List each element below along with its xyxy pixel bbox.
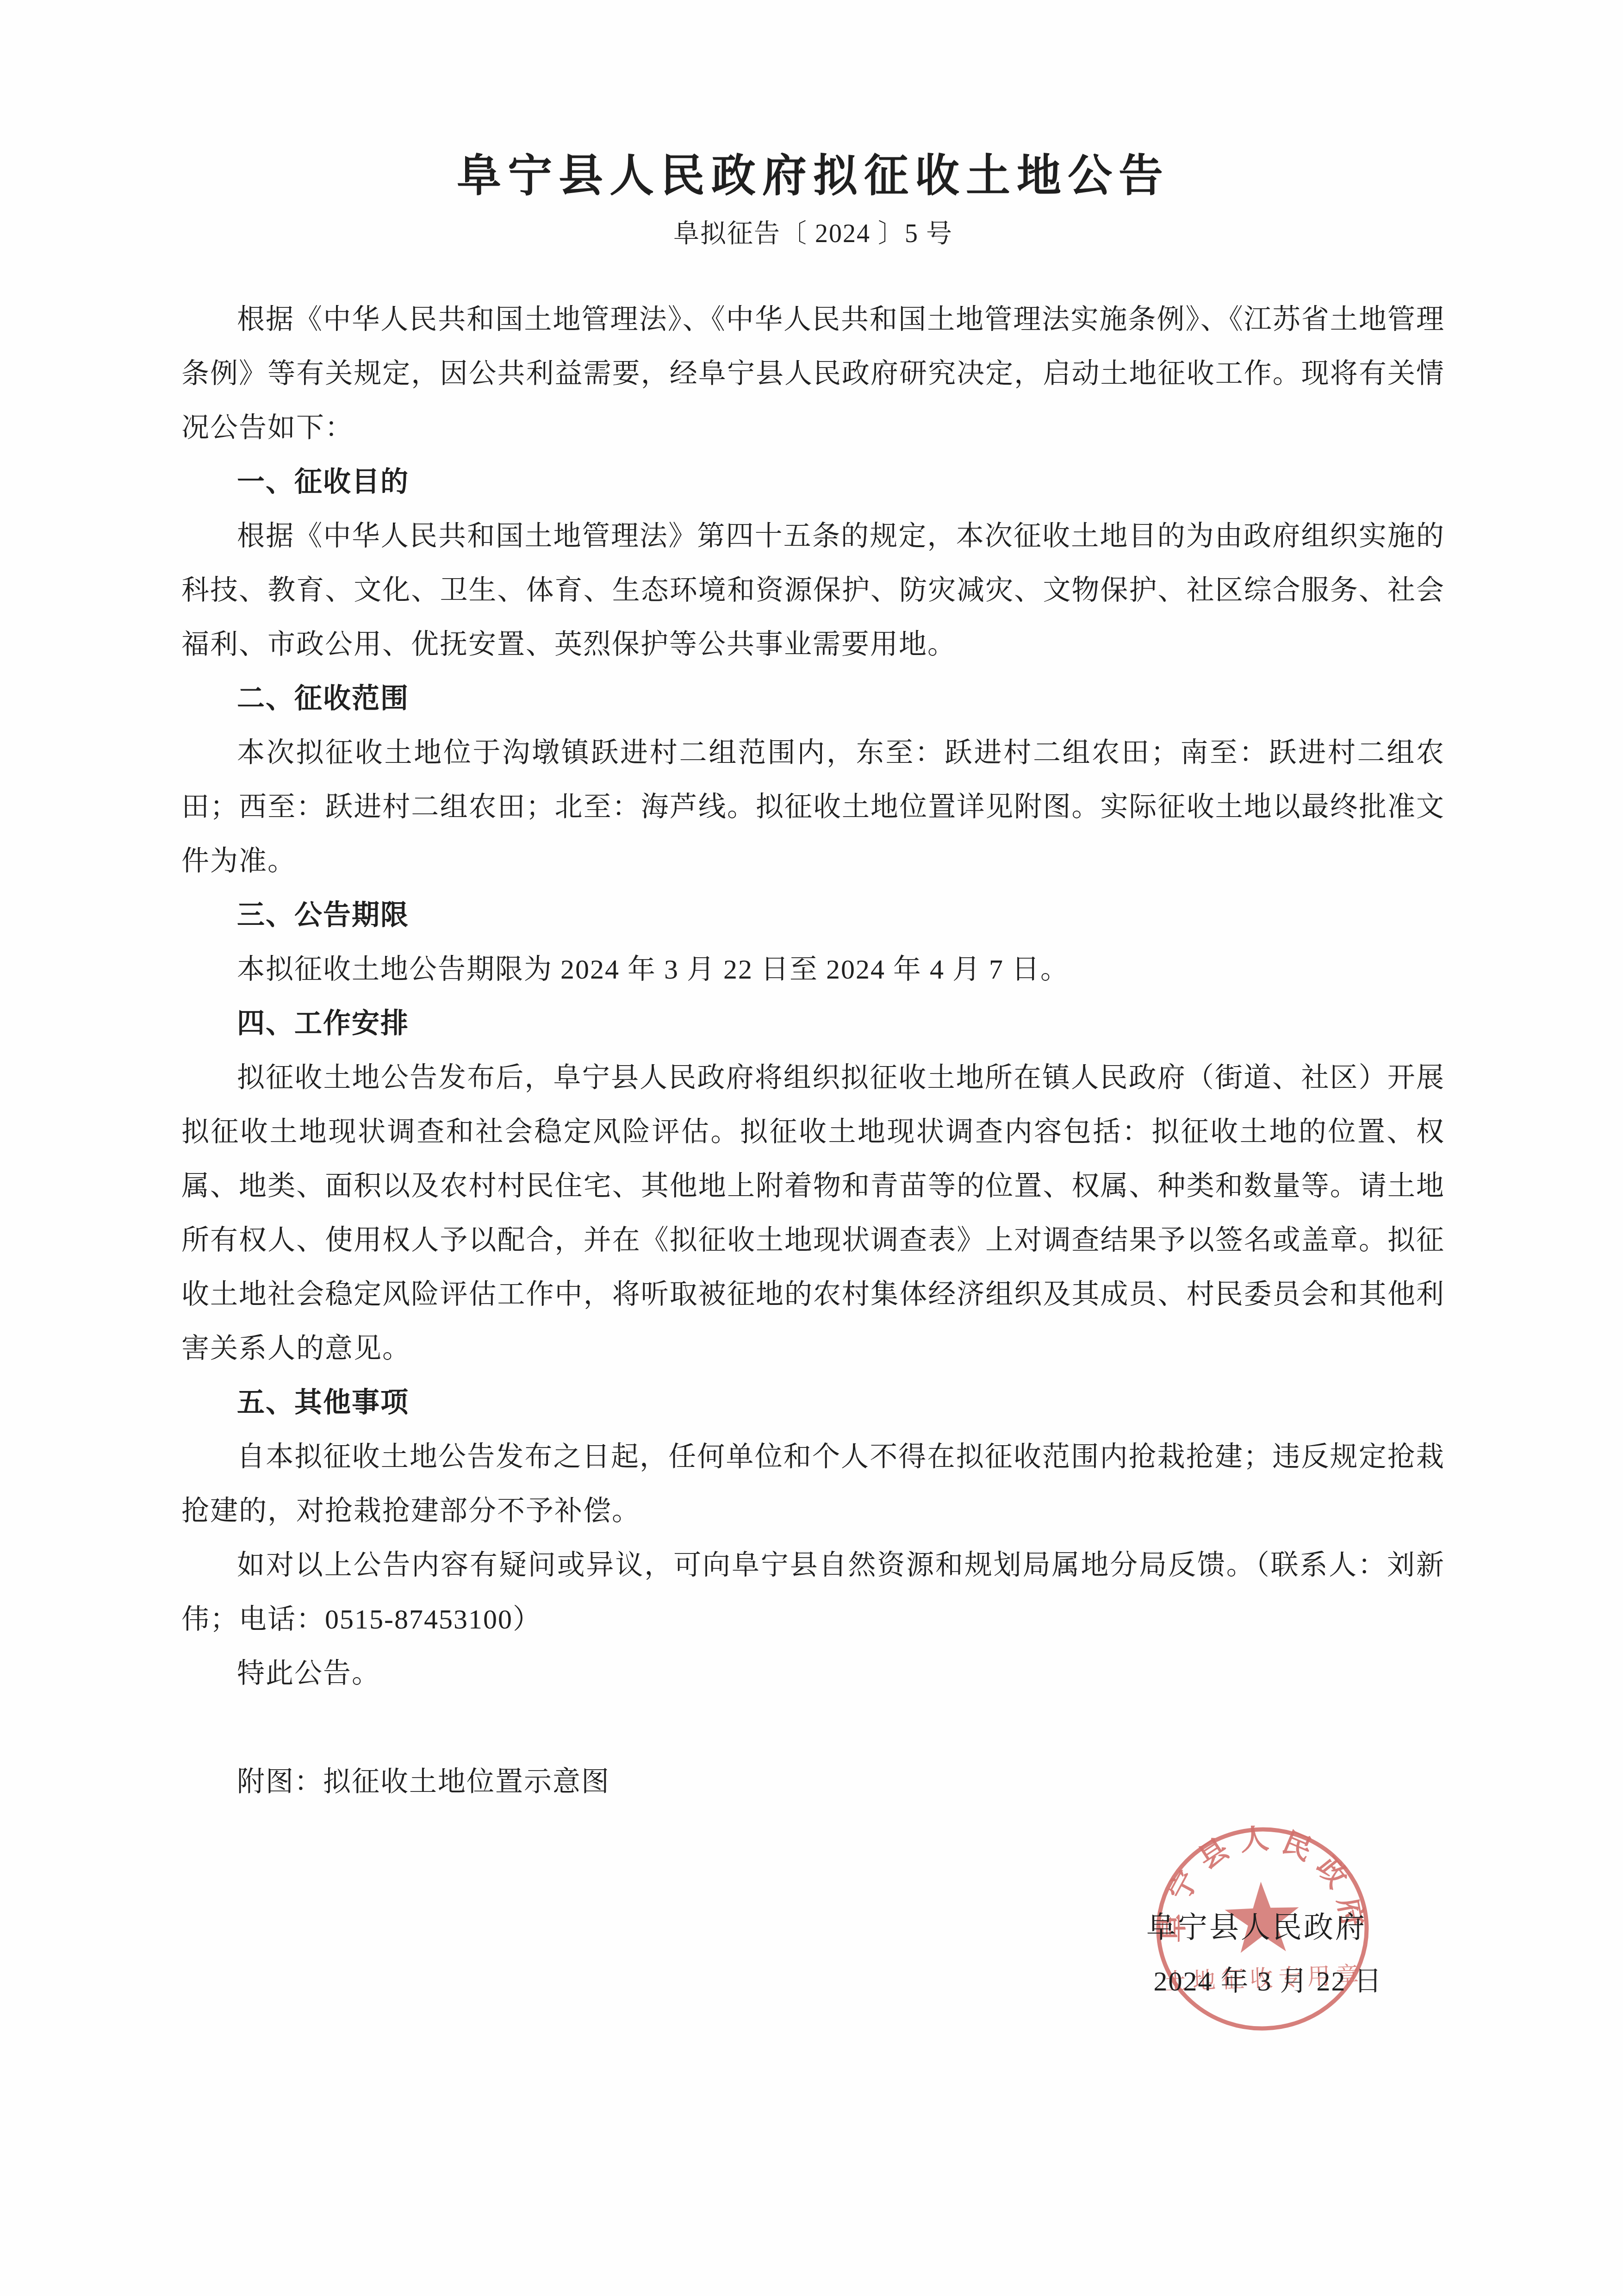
page-title: 阜宁县人民政府拟征收土地公告	[181, 153, 1445, 199]
announcement-page: 阜宁县人民政府拟征收土地公告 阜拟征告〔 2024 〕5 号 根据《中华人民共和…	[0, 0, 1623, 2296]
section-3-heading: 三、公告期限	[181, 888, 1445, 942]
closing-paragraph: 特此公告。	[181, 1647, 1445, 1701]
section-1-paragraph: 根据《中华人民共和国土地管理法》第四十五条的规定，本次征收土地目的为由政府组织实…	[181, 509, 1445, 672]
issuer-signature: 阜宁县人民政府	[1115, 1909, 1398, 1946]
section-3-paragraph: 本拟征收土地公告期限为 2024 年 3 月 22 日至 2024 年 4 月 …	[181, 942, 1445, 997]
section-5-paragraph: 自本拟征收土地公告发布之日起，任何单位和个人不得在拟征收范围内抢栽抢建；违反规定…	[181, 1430, 1445, 1538]
issue-date: 2024 年 3 月 22 日	[1124, 1964, 1412, 1999]
document-number: 阜拟征告〔 2024 〕5 号	[181, 218, 1445, 250]
section-4-paragraph: 拟征收土地公告发布后，阜宁县人民政府将组织拟征收土地所在镇人民政府（街道、社区）…	[181, 1051, 1445, 1376]
contact-paragraph: 如对以上公告内容有疑问或异议，可向阜宁县自然资源和规划局属地分局反馈。（联系人：…	[181, 1538, 1445, 1647]
section-2-paragraph: 本次拟征收土地位于沟墩镇跃进村二组范围内，东至：跃进村二组农田；南至：跃进村二组…	[181, 726, 1445, 888]
section-2-heading: 二、征收范围	[181, 672, 1445, 726]
document-text: 根据《中华人民共和国土地管理法》、《中华人民共和国土地管理法实施条例》、《江苏省…	[181, 293, 1445, 1809]
section-1-heading: 一、征收目的	[181, 455, 1445, 509]
section-5-heading: 五、其他事项	[181, 1376, 1445, 1430]
attachment-note: 附图：拟征收土地位置示意图	[181, 1755, 1445, 1809]
document-body: 阜宁县人民政府拟征收土地公告 阜拟征告〔 2024 〕5 号 根据《中华人民共和…	[181, 0, 1445, 1809]
intro-paragraph: 根据《中华人民共和国土地管理法》、《中华人民共和国土地管理法实施条例》、《江苏省…	[181, 293, 1445, 455]
section-4-heading: 四、工作安排	[181, 997, 1445, 1051]
